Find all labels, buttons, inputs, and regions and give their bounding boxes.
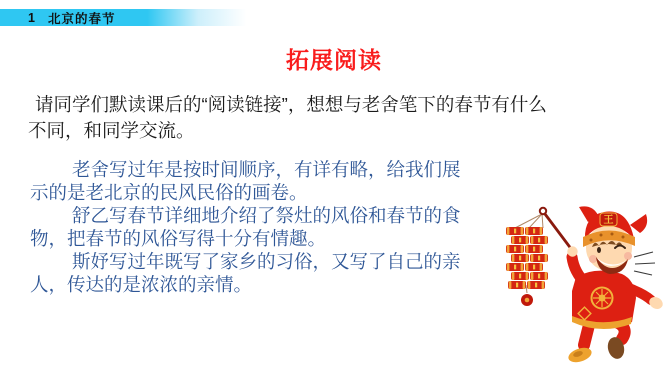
boy-right-hand bbox=[567, 246, 577, 256]
task-line: 请同学们默读课后的“阅读链接”，想想与老舍笔下的春节有什么 bbox=[28, 92, 618, 118]
whiskers bbox=[634, 252, 655, 275]
tiger-hat-boy: 王 bbox=[567, 206, 665, 365]
boy-right-arm bbox=[572, 257, 586, 284]
note-line: 物，把春节的风俗写得十分有情趣。 bbox=[30, 227, 498, 250]
slide-title: 拓展阅读 bbox=[0, 42, 668, 75]
firecracker-bundle bbox=[506, 227, 548, 306]
note-line: 斯妤写过年既写了家乡的习俗，又写了自己的亲 bbox=[30, 250, 498, 273]
hat-king-character: 王 bbox=[604, 213, 614, 226]
lesson-title: 北京的春节 bbox=[48, 9, 116, 27]
task-line: 不同，和同学交流。 bbox=[28, 118, 618, 144]
note-line: 示的是老北京的民风民俗的画卷。 bbox=[30, 181, 498, 204]
chest-medallion bbox=[592, 288, 613, 309]
lesson-header-bar: 1 北京的春节 bbox=[0, 9, 254, 26]
note-line: 老舍写过年是按时间顺序，有详有略，给我们展 bbox=[30, 158, 498, 181]
task-paragraph: 请同学们默读课后的“阅读链接”，想想与老舍笔下的春节有什么 不同，和同学交流。 bbox=[28, 92, 618, 143]
reading-notes: 老舍写过年是按时间顺序，有详有略，给我们展 示的是老北京的民风民俗的画卷。 舒乙… bbox=[30, 158, 498, 296]
boy-firecrackers-illustration: 王 bbox=[494, 181, 666, 376]
note-line: 人，传达的是浓浓的亲情。 bbox=[30, 273, 498, 296]
lesson-number: 1 bbox=[28, 11, 35, 25]
note-line: 舒乙写春节详细地介绍了祭灶的风俗和春节的食 bbox=[30, 204, 498, 227]
